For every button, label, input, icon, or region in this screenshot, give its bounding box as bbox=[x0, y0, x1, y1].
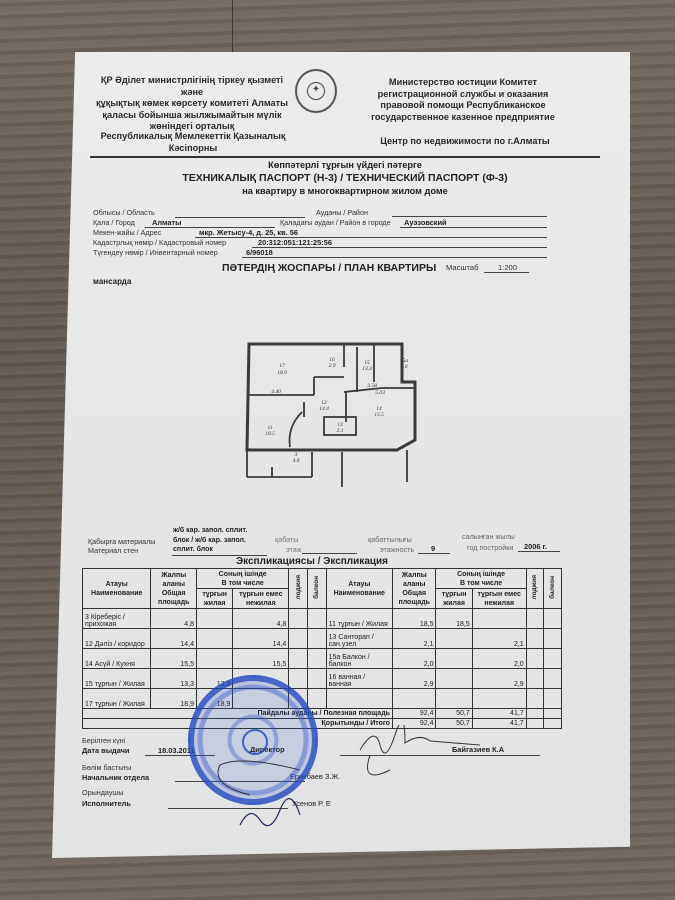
storeys-field bbox=[418, 553, 450, 554]
explication-title: Экспликациясы / Экспликация bbox=[236, 556, 388, 567]
table-row: 17 тұрғын / Жилая18,918,9 bbox=[83, 689, 562, 709]
cell-total bbox=[392, 689, 436, 709]
cell-living: 18,5 bbox=[436, 609, 472, 629]
cell-living bbox=[197, 609, 233, 629]
header-living: тұрғынжилая bbox=[436, 589, 472, 609]
left-org-header: ҚР Әділет министрлігінің тіркеу қызметі … bbox=[92, 75, 292, 133]
left-org-line: қаласы бойынша жылжымайтын мүлік bbox=[92, 110, 292, 122]
svg-text:18.9: 18.9 bbox=[277, 370, 287, 376]
empty-cell bbox=[544, 629, 562, 649]
district-label: Ауданы / Район bbox=[316, 208, 368, 217]
wall-material-value: ж/б кар. запол. сплит. блок / ж/б кар. з… bbox=[173, 526, 247, 555]
empty-cell bbox=[544, 649, 562, 669]
header-balcony: балкон bbox=[544, 569, 562, 609]
left-org-line: құқықтық көмек көрсету комитеті Алматы bbox=[92, 98, 292, 110]
storeys-value: 9 bbox=[431, 544, 435, 553]
empty-cell bbox=[544, 669, 562, 689]
cadastral-field bbox=[252, 247, 547, 248]
inventory-label: Түгендеу нөмір / Инвентарный номер bbox=[93, 248, 218, 257]
cell-living bbox=[436, 669, 472, 689]
address-label: Мекен-жайы / Адрес bbox=[93, 228, 161, 237]
empty-cell bbox=[526, 629, 544, 649]
empty-cell bbox=[307, 629, 326, 649]
address-value: мкр. Жетысу-4, д. 25, кв. 56 bbox=[199, 228, 298, 237]
header-balcony: балкон bbox=[307, 569, 326, 609]
left-org-line: ҚР Әділет министрлігінің тіркеу қызметі … bbox=[92, 75, 292, 98]
svg-text:14: 14 bbox=[376, 405, 382, 412]
cell-name: 16 ванная / ванная bbox=[326, 669, 392, 689]
document-title: ТЕХНИКАЛЫҚ ПАСПОРТ (Н-3) / ТЕХНИЧЕСКИЙ П… bbox=[90, 172, 600, 184]
svg-text:5.03: 5.03 bbox=[375, 390, 385, 396]
floor-label-ru: этаж bbox=[286, 545, 302, 554]
cadastral-value: 20:312:051:121:25:56 bbox=[258, 238, 332, 247]
executor-label-ru: Исполнитель bbox=[82, 799, 131, 808]
useful-nonliving: 41,7 bbox=[472, 709, 526, 719]
svg-text:2.9: 2.9 bbox=[329, 363, 336, 369]
header-nonliving: тұрғын емеснежилая bbox=[472, 589, 526, 609]
cell-total: 4,8 bbox=[151, 609, 197, 629]
head-label-ru: Начальник отдела bbox=[82, 773, 149, 782]
svg-text:18.5: 18.5 bbox=[265, 431, 275, 437]
cell-living bbox=[436, 629, 472, 649]
table-row: 12 Дәліз / коридор14,414,413 Санторап / … bbox=[83, 629, 562, 649]
cell-total: 2,1 bbox=[392, 629, 436, 649]
city-district-label: Қаладағы аудан / Район в городе bbox=[280, 218, 391, 227]
empty-cell bbox=[289, 609, 308, 629]
header-loggia: лоджия bbox=[289, 569, 308, 609]
cell-living bbox=[197, 629, 233, 649]
city-district-value: Ауэзовский bbox=[404, 218, 447, 227]
cell-total: 18,5 bbox=[392, 609, 436, 629]
empty-cell bbox=[289, 669, 308, 689]
city-label: Қала / Город bbox=[93, 218, 135, 227]
title-subtitle: на квартиру в многоквартирном жилом доме bbox=[90, 186, 600, 196]
useful-total: 92,4 bbox=[392, 709, 436, 719]
empty-cell bbox=[307, 689, 326, 709]
issue-date-label-kz: Берілген күні bbox=[82, 736, 125, 745]
inventory-value: 6/96018 bbox=[246, 248, 273, 257]
wall-material-label-kz: Қабырға материалы bbox=[88, 537, 155, 546]
svg-text:13.3: 13.3 bbox=[362, 366, 372, 372]
city-district-field bbox=[400, 227, 547, 228]
empty-cell bbox=[307, 609, 326, 629]
empty-cell bbox=[526, 669, 544, 689]
cell-nonliving bbox=[472, 609, 526, 629]
wall-material-line: ж/б кар. запол. сплит. bbox=[173, 526, 247, 536]
floor-label-kz: қабаты bbox=[275, 535, 298, 544]
storeys-label-kz: қабаттылығы bbox=[368, 535, 412, 544]
empty-cell bbox=[526, 689, 544, 709]
cell-name bbox=[326, 689, 392, 709]
cell-total: 2,0 bbox=[392, 649, 436, 669]
empty-cell bbox=[526, 649, 544, 669]
explication-table: АтауыНаименование ЖалпыаланыОбщаяплощадь… bbox=[82, 568, 562, 729]
empty-cell bbox=[526, 709, 544, 719]
svg-text:4.8: 4.8 bbox=[293, 457, 300, 464]
empty-cell bbox=[544, 609, 562, 629]
useful-area-row: Пайдалы ауданы / Полезная площадь 92,4 5… bbox=[83, 709, 562, 719]
header-living: тұрғынжилая bbox=[197, 589, 233, 609]
cell-name: 11 тұрғын / Жилая bbox=[326, 609, 392, 629]
storeys-label-ru: этажность bbox=[380, 545, 414, 554]
header-including: Соның ішіндеВ том числе bbox=[197, 569, 289, 589]
empty-cell bbox=[289, 629, 308, 649]
cell-name: 15а Балкон / балкон bbox=[326, 649, 392, 669]
plan-title: ПӘТЕРДІҢ ЖОСПАРЫ / ПЛАН КВАРТИРЫ bbox=[222, 262, 436, 274]
svg-text:14.4: 14.4 bbox=[319, 405, 329, 412]
wall-material-line: блок / ж/б кар. запол. bbox=[173, 536, 247, 546]
address-field bbox=[195, 237, 547, 238]
header-loggia: лоджия bbox=[526, 569, 544, 609]
cell-living bbox=[436, 689, 472, 709]
right-center: Центр по недвижимости по г.Алматы bbox=[355, 136, 575, 148]
header-including: Соның ішіндеВ том числе bbox=[436, 569, 526, 589]
cell-total: 13,3 bbox=[151, 669, 197, 689]
year-label-ru: год постройки bbox=[467, 543, 513, 552]
left-enterprise-line: Республикалық Мемлекеттік Қазыналық bbox=[88, 131, 298, 143]
cell-nonliving: 2,0 bbox=[472, 649, 526, 669]
right-org-line: правовой помощи Республиканское bbox=[358, 100, 568, 112]
header-nonliving: тұрғын емеснежилая bbox=[233, 589, 289, 609]
cell-name: 17 тұрғын / Жилая bbox=[83, 689, 151, 709]
header-divider bbox=[90, 156, 600, 158]
cell-nonliving: 4,8 bbox=[233, 609, 289, 629]
empty-cell bbox=[307, 649, 326, 669]
right-org-line: регистрационной службы и оказания bbox=[358, 89, 568, 101]
floor-note: мансарда bbox=[93, 277, 131, 286]
cell-total: 15,5 bbox=[151, 649, 197, 669]
header-total: ЖалпыаланыОбщаяплощадь bbox=[392, 569, 436, 609]
head-label-kz: Бөлім бастығы bbox=[82, 763, 131, 772]
scale-label: Масштаб bbox=[446, 263, 479, 272]
wall-material-line: сплит. блок bbox=[173, 545, 247, 555]
city-value: Алматы bbox=[152, 218, 181, 227]
left-enterprise: Республикалық Мемлекеттік Қазыналық Кәсі… bbox=[88, 131, 298, 154]
svg-text:17: 17 bbox=[279, 363, 285, 369]
executor-label-kz: Орындаушы bbox=[82, 788, 123, 797]
cell-living bbox=[436, 649, 472, 669]
cell-total: 18,9 bbox=[151, 689, 197, 709]
svg-text:2.0: 2.0 bbox=[401, 364, 408, 370]
header-name: АтауыНаименование bbox=[83, 569, 151, 609]
header-total: ЖалпыаланыОбщаяплощадь bbox=[151, 569, 197, 609]
title-kz: Көппәтерлі тұрғын үйдегі пәтерге bbox=[90, 160, 600, 170]
left-enterprise-line: Кәсіпорны bbox=[88, 143, 298, 155]
useful-living: 50,7 bbox=[436, 709, 472, 719]
inventory-field bbox=[242, 257, 547, 258]
empty-cell bbox=[544, 719, 562, 729]
cell-nonliving: 2,1 bbox=[472, 629, 526, 649]
svg-text:3.58: 3.58 bbox=[366, 383, 377, 389]
issue-date-label-ru: Дата выдачи bbox=[82, 746, 129, 755]
cell-name: 13 Санторап / сан.узел bbox=[326, 629, 392, 649]
cell-nonliving: 15,5 bbox=[233, 649, 289, 669]
empty-cell bbox=[544, 689, 562, 709]
scale-value: 1:200 bbox=[498, 263, 517, 272]
cell-living bbox=[197, 649, 233, 669]
cell-name: 12 Дәліз / коридор bbox=[83, 629, 151, 649]
header-name: АтауыНаименование bbox=[326, 569, 392, 609]
cell-nonliving bbox=[472, 689, 526, 709]
cell-name: 15 тұрғын / Жилая bbox=[83, 669, 151, 689]
table-row: 14 Асүй / Кухня15,515,515а Балкон / балк… bbox=[83, 649, 562, 669]
table-row: 15 тұрғын / Жилая13,313,316 ванная / ван… bbox=[83, 669, 562, 689]
cell-total: 2,9 bbox=[392, 669, 436, 689]
table-row: 3 Кіреберіс / прихожая4,84,811 тұрғын / … bbox=[83, 609, 562, 629]
cadastral-label: Кадастрлық нөмір / Кадастровый номер bbox=[93, 238, 226, 247]
right-org-line: Министерство юстиции Комитет bbox=[358, 77, 568, 89]
year-field bbox=[518, 551, 560, 552]
oblast-label: Облысы / Область bbox=[93, 208, 155, 217]
floor-field bbox=[302, 553, 357, 554]
cell-name: 14 Асүй / Кухня bbox=[83, 649, 151, 669]
empty-cell bbox=[526, 609, 544, 629]
svg-text:15.5: 15.5 bbox=[374, 412, 384, 418]
district-field bbox=[392, 216, 547, 217]
floor-plan-drawing: 1718.9 162.9 1513.3 15а2.0 1214.4 1415.5… bbox=[232, 332, 432, 490]
year-value: 2006 г. bbox=[524, 542, 547, 551]
wall-material-label-ru: Материал стен bbox=[88, 546, 138, 555]
cell-nonliving: 14,4 bbox=[233, 629, 289, 649]
cell-total: 14,4 bbox=[151, 629, 197, 649]
empty-cell bbox=[544, 709, 562, 719]
right-org-header: Министерство юстиции Комитет регистрацио… bbox=[358, 77, 568, 123]
right-org-line: государственное казенное предприятие bbox=[358, 112, 568, 124]
state-emblem-icon: ✦ bbox=[295, 69, 337, 113]
year-label-kz: салынған жылы bbox=[462, 532, 515, 541]
empty-cell bbox=[526, 719, 544, 729]
handwritten-signatures bbox=[190, 725, 510, 835]
empty-cell bbox=[289, 649, 308, 669]
cell-nonliving: 2,9 bbox=[472, 669, 526, 689]
empty-cell bbox=[307, 669, 326, 689]
svg-text:2.1: 2.1 bbox=[337, 428, 344, 434]
svg-text:4.40: 4.40 bbox=[271, 388, 281, 395]
scale-field bbox=[484, 272, 529, 273]
cell-name: 3 Кіреберіс / прихожая bbox=[83, 609, 151, 629]
